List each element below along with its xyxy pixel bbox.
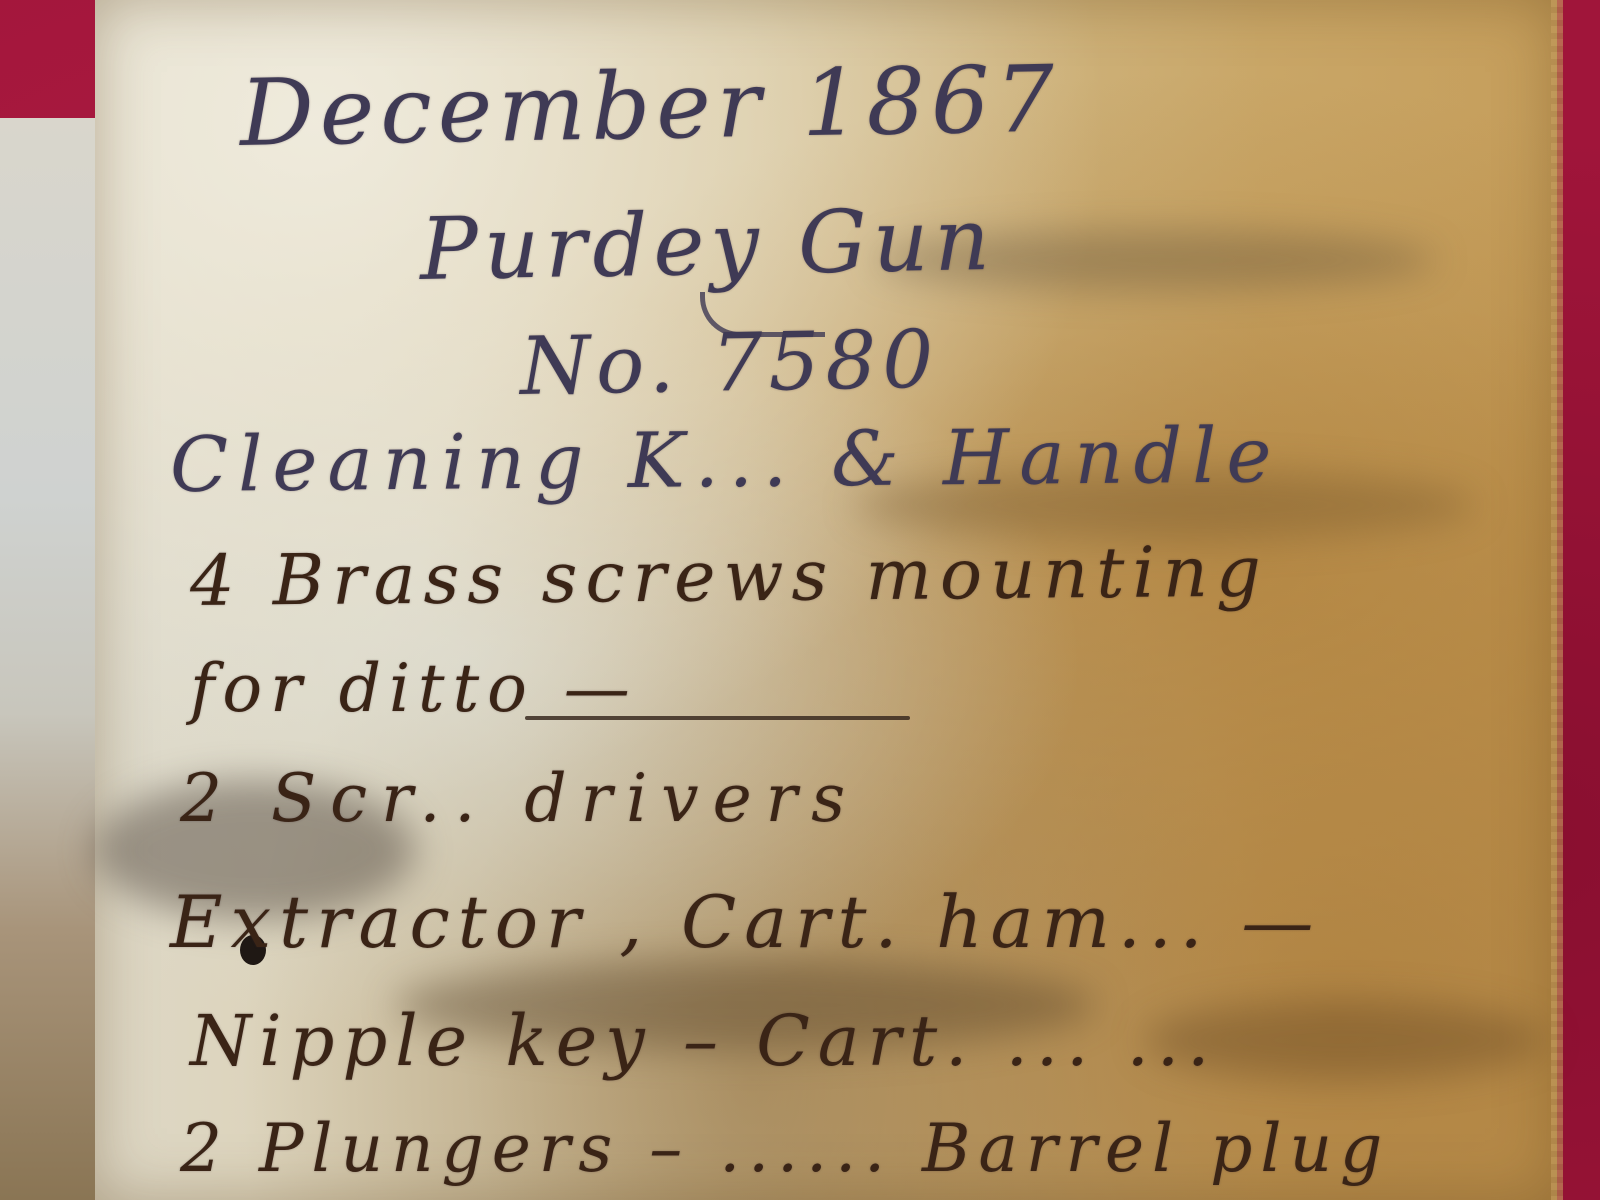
handwritten-line-item: Nipple key – Cart. ... ...	[190, 1000, 1217, 1082]
handwritten-gun-number: No. 7580	[519, 313, 940, 413]
photo-stage: December 1867 Purdey Gun No. 7580 Cleani…	[0, 0, 1600, 1200]
handwritten-gun-maker: Purdey Gun	[419, 190, 996, 300]
handwritten-line-item: 4 Brass screws mounting	[190, 531, 1269, 622]
handwritten-line-item: 2 Plungers – ...... Barrel plug	[180, 1110, 1390, 1187]
handwritten-date: December 1867	[239, 46, 1061, 167]
handwritten-line-item: Extractor , Cart. ham... —	[170, 880, 1321, 964]
handwritten-line-item: Cleaning K... & Handle	[170, 410, 1282, 509]
handwritten-line-item: 2 Scr.. drivers	[180, 760, 859, 837]
underline-rule	[525, 716, 910, 720]
